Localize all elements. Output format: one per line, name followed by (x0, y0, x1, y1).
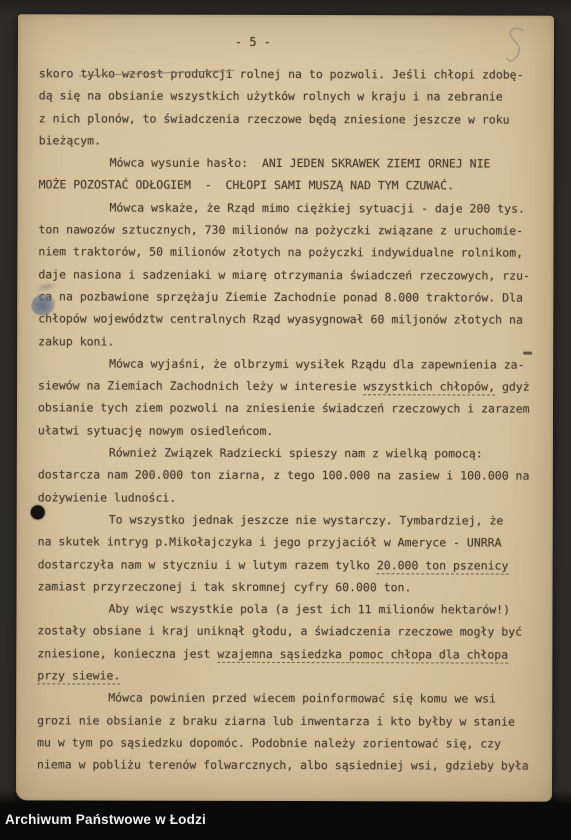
page-number: - 5 - (0, 34, 521, 49)
text-line: z nich plonów, to świadczenia rzeczowe b… (39, 107, 549, 131)
text-line: niem traktorów, 50 milionów złotych na p… (38, 241, 548, 265)
text-line: dożywienie ludności. (38, 486, 548, 510)
text-line: Mówca wskaże, że Rząd mimo ciężkiej sytu… (38, 196, 548, 220)
text-line: bieżącym. (39, 129, 549, 153)
text-line: na skutek intryg p.Mikołajczyka i jego p… (38, 531, 548, 555)
text-line: ułatwi sytuację nowym osiedleńcom. (38, 419, 548, 443)
document-page: - 5 - skoro tylko wzrost produkcji rolne… (16, 14, 554, 801)
text-line: dą się na obsianie wszystkich użytków ro… (39, 85, 549, 109)
text-line: zakup koni. (38, 330, 548, 354)
punch-hole-mark (31, 505, 45, 519)
text-line: niema w pobliżu terenów folwarcznych, al… (37, 754, 547, 778)
text-line: Mówca wyjaśni, że olbrzymi wysiłek Rządu… (38, 352, 548, 376)
text-lines: skoro tylko wzrost produkcji rolnej na t… (37, 62, 549, 777)
text-line: skoro tylko wzrost produkcji rolnej na t… (39, 62, 549, 86)
margin-speck (523, 352, 532, 355)
text-line: zniesione, konieczna jest wzajemna sąsie… (37, 642, 547, 666)
text-line: Aby więc wszystkie pola (a jest ich 11 m… (37, 597, 547, 621)
text-line: To wszystko jednak jeszcze nie wystarczy… (38, 508, 548, 532)
text-line: dostarczyła nam w styczniu i w lutym raz… (38, 553, 548, 577)
text-line: dostarcza nam 200.000 ton ziarna, z tego… (38, 464, 548, 488)
watermark-band: Archiwum Państwowe w Łodzi (0, 803, 571, 840)
text-line: przy siewie. (37, 664, 547, 688)
text-line: zostały obsiane i kraj uniknął głodu, a … (37, 620, 547, 644)
text-line: grozi nie obsianie z braku ziarna lub in… (37, 709, 547, 733)
scan-background: - 5 - skoro tylko wzrost produkcji rolne… (0, 0, 571, 840)
archive-watermark: Archiwum Państwowe w Łodzi (5, 812, 206, 827)
text-line: ca na pozbawione sprzężaju Ziemie Zachod… (38, 285, 548, 309)
text-line: Również Związek Radziecki spieszy nam z … (38, 441, 548, 465)
text-line: Mówca wysunie hasło: ANI JEDEN SKRAWEK Z… (39, 152, 549, 176)
text-line: obsianie tych ziem pozwoli na zniesienie… (38, 397, 548, 421)
text-line: MOŻE POZOSTAĆ ODŁOGIEM - CHŁOPI SAMI MUS… (39, 174, 549, 198)
text-line: ton nawozów sztucznych, 730 milionów na … (38, 218, 548, 242)
text-line: zamiast przyrzeczonej i tak skromnej cyf… (38, 575, 548, 599)
text-line: Mówca powinien przed wiecem poinformować… (37, 687, 547, 711)
text-line: daje nasiona i sadzeniaki w miarę otrzym… (38, 263, 548, 287)
text-line: siewów na Ziemiach Zachodnich leży w int… (38, 375, 548, 399)
text-line: chłopów województw centralnych Rząd wyas… (38, 308, 548, 332)
text-line: mu w tym po sąsiedzku dopomóc. Podobnie … (37, 731, 547, 755)
